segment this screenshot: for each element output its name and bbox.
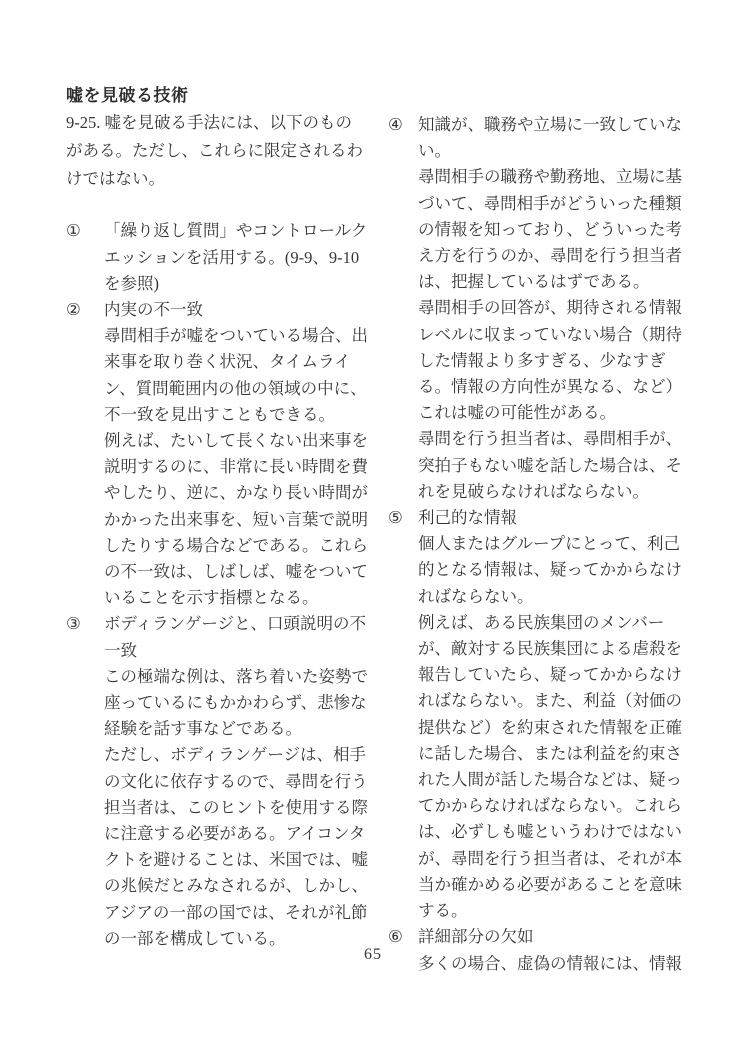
text-line: い。 xyxy=(418,138,718,164)
text-line: 不一致を見出すこともできる。 xyxy=(104,402,396,428)
numbered-list-item: ③ボディランゲージと、口頭説明の不一致この極端な例は、落ち着いた姿勢で座っている… xyxy=(66,611,396,952)
numbered-list-item: ④知識が、職務や立場に一致していない。尋問相手の職務や勤務地、立場に基づいて、尋… xyxy=(388,112,718,505)
left-item-list: ①「繰り返し質問」やコントロールクエッションを活用する。(9-9、9-10を参照… xyxy=(66,218,396,952)
text-line: の文化に依存するので、尋問を行う xyxy=(104,769,396,795)
text-line: ン、質問範囲内の他の領域の中に、 xyxy=(104,376,396,402)
item-body: 知識が、職務や立場に一致していない。尋問相手の職務や勤務地、立場に基づいて、尋問… xyxy=(418,112,718,505)
text-line: 当か確かめる必要があることを意味 xyxy=(418,872,718,898)
item-number-marker: ⑤ xyxy=(388,505,418,924)
numbered-list-item: ②内実の不一致尋問相手が嘘をついている場合、出来事を取り巻く状況、タイムライン、… xyxy=(66,297,396,611)
text-line: に注意する必要がある。アイコンタ xyxy=(104,821,396,847)
text-line: 報告していたら、疑ってかからなけ xyxy=(418,662,718,688)
text-line: は、把握しているはずである。 xyxy=(418,269,718,295)
item-body: 内実の不一致尋問相手が嘘をついている場合、出来事を取り巻く状況、タイムライン、質… xyxy=(104,297,396,611)
text-line: てかからなければならない。これら xyxy=(418,793,718,819)
item-number-marker: ③ xyxy=(66,611,104,952)
text-line: れを見破らなければならない。 xyxy=(418,479,718,505)
scanned-document-page: 嘘を見破る技術 9-25. 嘘を見破る手法には、以下のものがある。ただし、これら… xyxy=(0,0,750,1053)
text-line: 多くの場合、虚偽の情報には、情報 xyxy=(418,951,718,977)
text-line: 担当者は、このヒントを使用する際 xyxy=(104,795,396,821)
text-line: 個人またはグループにとって、利己 xyxy=(418,531,718,557)
text-line: 「繰り返し質問」やコントロールク xyxy=(104,218,396,244)
text-line: 尋問相手が嘘をついている場合、出 xyxy=(104,323,396,349)
text-line: の情報を知っており、どういった考 xyxy=(418,217,718,243)
numbered-list-item: ⑤利己的な情報個人またはグループにとって、利己的となる情報は、疑ってかからなけれ… xyxy=(388,505,718,924)
text-line: 利己的な情報 xyxy=(418,505,718,531)
intro-paragraph: 9-25. 嘘を見破る手法には、以下のものがある。ただし、これらに限定されるわけ… xyxy=(66,109,396,192)
text-line: やしたり、逆に、かなり長い時間が xyxy=(104,480,396,506)
text-line: 内実の不一致 xyxy=(104,297,396,323)
text-line: 尋問を行う担当者は、尋問相手が、 xyxy=(418,426,718,452)
text-line: 座っているにもかかわらず、悲惨な xyxy=(104,690,396,716)
text-line: ればならない。また、利益（対価の xyxy=(418,688,718,714)
item-body: 詳細部分の欠如多くの場合、虚偽の情報には、情報 xyxy=(418,924,718,976)
text-line: れた人間が話した場合などは、疑っ xyxy=(418,767,718,793)
text-line: これは嘘の可能性がある。 xyxy=(418,400,718,426)
item-number-marker: ② xyxy=(66,297,104,611)
text-line: 詳細部分の欠如 xyxy=(418,924,718,950)
text-line: 例えば、たいして長くない出来事を xyxy=(104,428,396,454)
text-line: 説明するのに、非常に長い時間を費 xyxy=(104,454,396,480)
text-line: づいて、尋問相手がどういった種類 xyxy=(418,191,718,217)
text-line: え方を行うのか、尋問を行う担当者 xyxy=(418,243,718,269)
text-line: エッションを活用する。(9-9、9-10 xyxy=(104,245,396,271)
text-line: の一部を構成している。 xyxy=(104,926,396,952)
text-line: 尋問相手の職務や勤務地、立場に基 xyxy=(418,164,718,190)
text-line: 尋問相手の回答が、期待される情報 xyxy=(418,295,718,321)
text-line: が、尋問を行う担当者は、それが本 xyxy=(418,846,718,872)
numbered-list-item: ⑥詳細部分の欠如多くの場合、虚偽の情報には、情報 xyxy=(388,924,718,976)
text-line: ボディランゲージと、口頭説明の不 xyxy=(104,611,396,637)
text-line: 一致 xyxy=(104,638,396,664)
text-line: 提供など）を約束された情報を正確 xyxy=(418,715,718,741)
text-line: したりする場合などである。これら xyxy=(104,533,396,559)
text-line: 9-25. 嘘を見破る手法には、以下のもの xyxy=(66,109,396,137)
text-line: 来事を取り巻く状況、タイムライ xyxy=(104,349,396,375)
section-title: 嘘を見破る技術 xyxy=(66,82,396,109)
page-number: 65 xyxy=(364,946,382,964)
text-line: した情報より多すぎる、少なすぎ xyxy=(418,348,718,374)
text-line: けではない。 xyxy=(66,165,396,193)
right-item-list: ④知識が、職務や立場に一致していない。尋問相手の職務や勤務地、立場に基づいて、尋… xyxy=(388,112,718,977)
right-column: ④知識が、職務や立場に一致していない。尋問相手の職務や勤務地、立場に基づいて、尋… xyxy=(388,86,718,977)
text-line: る。情報の方向性が異なる、など） xyxy=(418,374,718,400)
text-line: 的となる情報は、疑ってかからなけ xyxy=(418,557,718,583)
text-line: を参照) xyxy=(104,271,396,297)
item-body: ボディランゲージと、口頭説明の不一致この極端な例は、落ち着いた姿勢で座っているに… xyxy=(104,611,396,952)
text-line: クトを避けることは、米国では、嘘 xyxy=(104,847,396,873)
numbered-list-item: ①「繰り返し質問」やコントロールクエッションを活用する。(9-9、9-10を参照… xyxy=(66,218,396,297)
text-line: 突拍子もない嘘を話した場合は、そ xyxy=(418,453,718,479)
item-body: 「繰り返し質問」やコントロールクエッションを活用する。(9-9、9-10を参照) xyxy=(104,218,396,297)
text-line: この極端な例は、落ち着いた姿勢で xyxy=(104,664,396,690)
text-line: に話した場合、または利益を約束さ xyxy=(418,741,718,767)
text-line: の兆候だとみなされるが、しかし、 xyxy=(104,873,396,899)
text-line: 知識が、職務や立場に一致していな xyxy=(418,112,718,138)
text-line: かかった出来事を、短い言葉で説明 xyxy=(104,507,396,533)
text-line: 経験を話す事などである。 xyxy=(104,716,396,742)
text-line: がある。ただし、これらに限定されるわ xyxy=(66,137,396,165)
left-column: 嘘を見破る技術 9-25. 嘘を見破る手法には、以下のものがある。ただし、これら… xyxy=(66,82,396,952)
text-line: レベルに収まっていない場合（期待 xyxy=(418,322,718,348)
item-body: 利己的な情報個人またはグループにとって、利己的となる情報は、疑ってかからなければ… xyxy=(418,505,718,924)
item-number-marker: ④ xyxy=(388,112,418,505)
text-line: ればならない。 xyxy=(418,584,718,610)
text-line: 例えば、ある民族集団のメンバー xyxy=(418,610,718,636)
text-line: アジアの一部の国では、それが礼節 xyxy=(104,900,396,926)
text-line: が、敵対する民族集団による虐殺を xyxy=(418,636,718,662)
text-line: ただし、ボディランゲージは、相手 xyxy=(104,742,396,768)
text-line: いることを示す指標となる。 xyxy=(104,585,396,611)
item-number-marker: ⑥ xyxy=(388,924,418,976)
text-line: する。 xyxy=(418,898,718,924)
text-line: は、必ずしも嘘というわけではない xyxy=(418,819,718,845)
item-number-marker: ① xyxy=(66,218,104,297)
text-line: の不一致は、しばしば、嘘をついて xyxy=(104,559,396,585)
